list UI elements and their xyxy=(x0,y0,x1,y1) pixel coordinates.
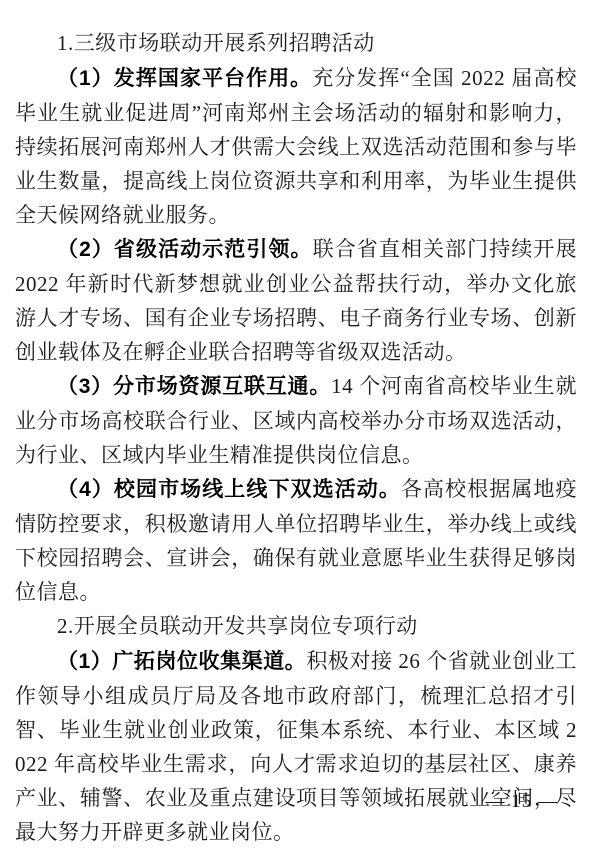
section-heading-1: 1.三级市场联动开展系列招聘活动 xyxy=(15,26,577,61)
paragraph-text: 2.开展全员联动开发共享岗位专项行动 xyxy=(57,614,418,638)
paragraph-lead: （3）分市场资源互联互通。 xyxy=(57,375,331,398)
page-number: — 15 — xyxy=(486,791,559,813)
paragraph-lead: （2）省级活动示范引领。 xyxy=(57,238,313,261)
paragraph-item-2: （2）省级活动示范引领。联合省直相关部门持续开展 2022 年新时代新梦想就业创… xyxy=(15,232,577,369)
paragraph-lead: （4）校园市场线上线下双选活动。 xyxy=(57,478,401,501)
section-heading-2: 2.开展全员联动开发共享岗位专项行动 xyxy=(15,609,577,644)
paragraph-item-3: （3）分市场资源互联互通。14 个河南省高校毕业生就业分市场高校联合行业、区域内… xyxy=(15,369,577,472)
paragraph-text: 积极对接 26 个省就业创业工作领导小组成员厅局及各地市政府部门，梳理汇总招才引… xyxy=(15,649,577,844)
paragraph-lead: （1）发挥国家平台作用。 xyxy=(57,67,312,90)
page-body: 1.三级市场联动开展系列招聘活动 （1）发挥国家平台作用。充分发挥“全国 202… xyxy=(15,26,577,849)
paragraph-item-1: （1）发挥国家平台作用。充分发挥“全国 2022 届高校毕业生就业促进周”河南郑… xyxy=(15,61,577,232)
paragraph-item-4: （4）校园市场线上线下双选活动。各高校根据属地疫情防控要求，积极邀请用人单位招聘… xyxy=(15,472,577,609)
document-page: 1.三级市场联动开展系列招聘活动 （1）发挥国家平台作用。充分发挥“全国 202… xyxy=(0,0,592,861)
paragraph-item-5: （1）广拓岗位收集渠道。积极对接 26 个省就业创业工作领导小组成员厅局及各地市… xyxy=(15,644,577,849)
paragraph-text: 充分发挥“全国 2022 届高校毕业生就业促进周”河南郑州主会场活动的辐射和影响… xyxy=(15,66,577,227)
paragraph-lead: （1）广拓岗位收集渠道。 xyxy=(57,650,306,673)
paragraph-text: 1.三级市场联动开展系列招聘活动 xyxy=(57,31,375,55)
